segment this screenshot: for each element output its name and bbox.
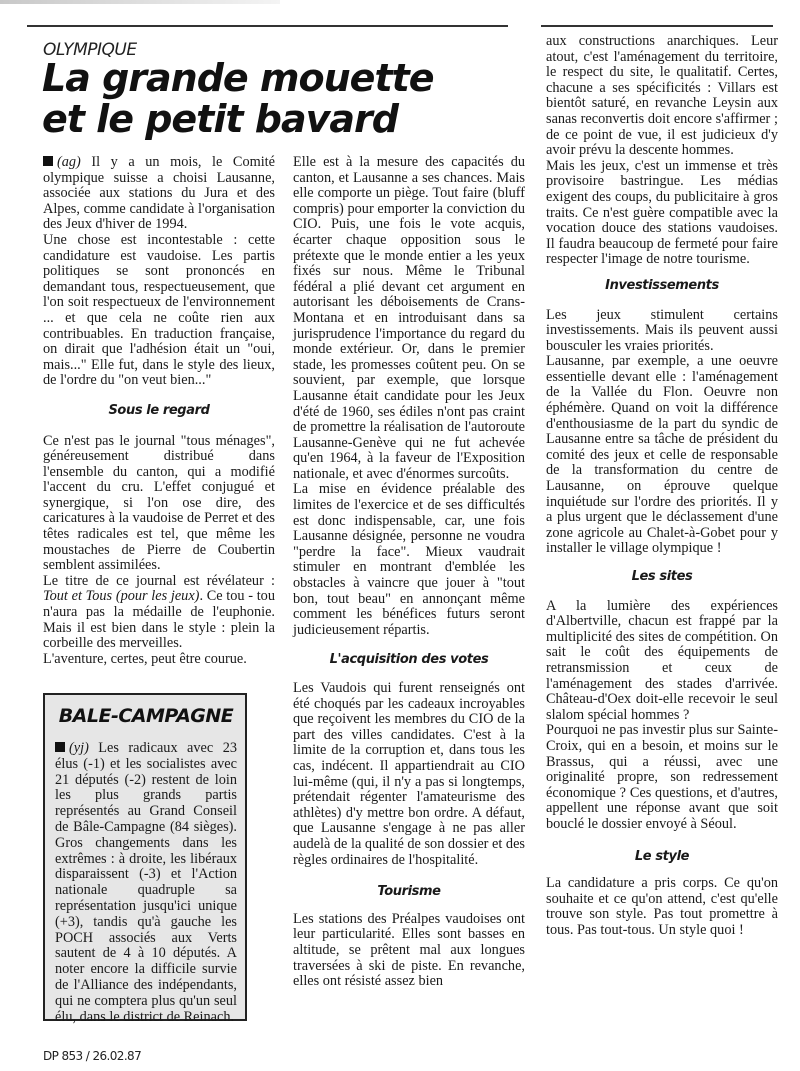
top-rule-right xyxy=(541,25,773,27)
square-bullet-icon xyxy=(43,156,53,166)
paragraph: Ce n'est pas le journal "tous ménages", … xyxy=(43,434,275,574)
article-column-3: aux constructions anarchiques. Leur atou… xyxy=(546,34,778,938)
subhead-le-style: Le style xyxy=(546,849,778,865)
article-column-1: (ag) Il y a un mois, le Comité olympique… xyxy=(43,155,275,667)
intro-paragraph: (ag) Il y a un mois, le Comité olympique… xyxy=(43,155,275,233)
paragraph: A la lumière des expériences d'Albertvil… xyxy=(546,599,778,724)
paragraph: Pourquoi ne pas investir plus sur Sainte… xyxy=(546,723,778,832)
newspaper-title: Tout et Tous (pour les jeux) xyxy=(43,588,199,604)
article-column-2: Elle est à la mesure des capacités du ca… xyxy=(293,155,525,990)
headline-line-2: et le petit bavard xyxy=(42,99,434,140)
sidebar-box-bale-campagne: BALE-CAMPAGNE (yj) Les radicaux avec 23 … xyxy=(43,693,247,1021)
paragraph: Mais les jeux, c'est un immense et très … xyxy=(546,159,778,268)
top-rule xyxy=(27,25,508,27)
subhead-investissements: Investissements xyxy=(546,278,778,294)
sidebar-body: (yj) Les radicaux avec 23 élus (-1) et l… xyxy=(55,741,237,1025)
paragraph: Le titre de ce journal est révélateur : … xyxy=(43,574,275,652)
sidebar-title: BALE-CAMPAGNE xyxy=(55,705,237,727)
subhead-les-sites: Les sites xyxy=(546,569,778,585)
paragraph: La mise en évidence préalable des limite… xyxy=(293,482,525,638)
square-bullet-icon xyxy=(55,742,65,752)
paragraph: aux constructions anarchiques. Leur atou… xyxy=(546,34,778,159)
article-headline: La grande mouette et le petit bavard xyxy=(42,58,434,140)
byline: (ag) xyxy=(57,154,81,170)
subhead-sous-le-regard: Sous le regard xyxy=(43,403,275,419)
paragraph: Une chose est incontestable : cette cand… xyxy=(43,233,275,389)
issue-reference: DP 853 / 26.02.87 xyxy=(43,1049,141,1063)
sidebar-byline: (yj) xyxy=(69,740,89,756)
paragraph: Les stations des Préalpes vaudoises ont … xyxy=(293,912,525,990)
scan-edge-shade xyxy=(0,0,280,4)
paragraph: Les jeux stimulent certains investisseme… xyxy=(546,308,778,355)
paragraph: L'aventure, certes, peut être courue. xyxy=(43,652,275,668)
paragraph: Lausanne, par exemple, a une oeuvre esse… xyxy=(546,354,778,557)
paragraph: Les Vaudois qui furent renseignés ont ét… xyxy=(293,681,525,868)
subhead-acquisition-des-votes: L'acquisition des votes xyxy=(293,652,525,668)
subhead-tourisme: Tourisme xyxy=(293,884,525,900)
headline-line-1: La grande mouette xyxy=(42,58,434,99)
paragraph: Elle est à la mesure des capacités du ca… xyxy=(293,155,525,482)
paragraph: La candidature a pris corps. Ce qu'on so… xyxy=(546,876,778,938)
